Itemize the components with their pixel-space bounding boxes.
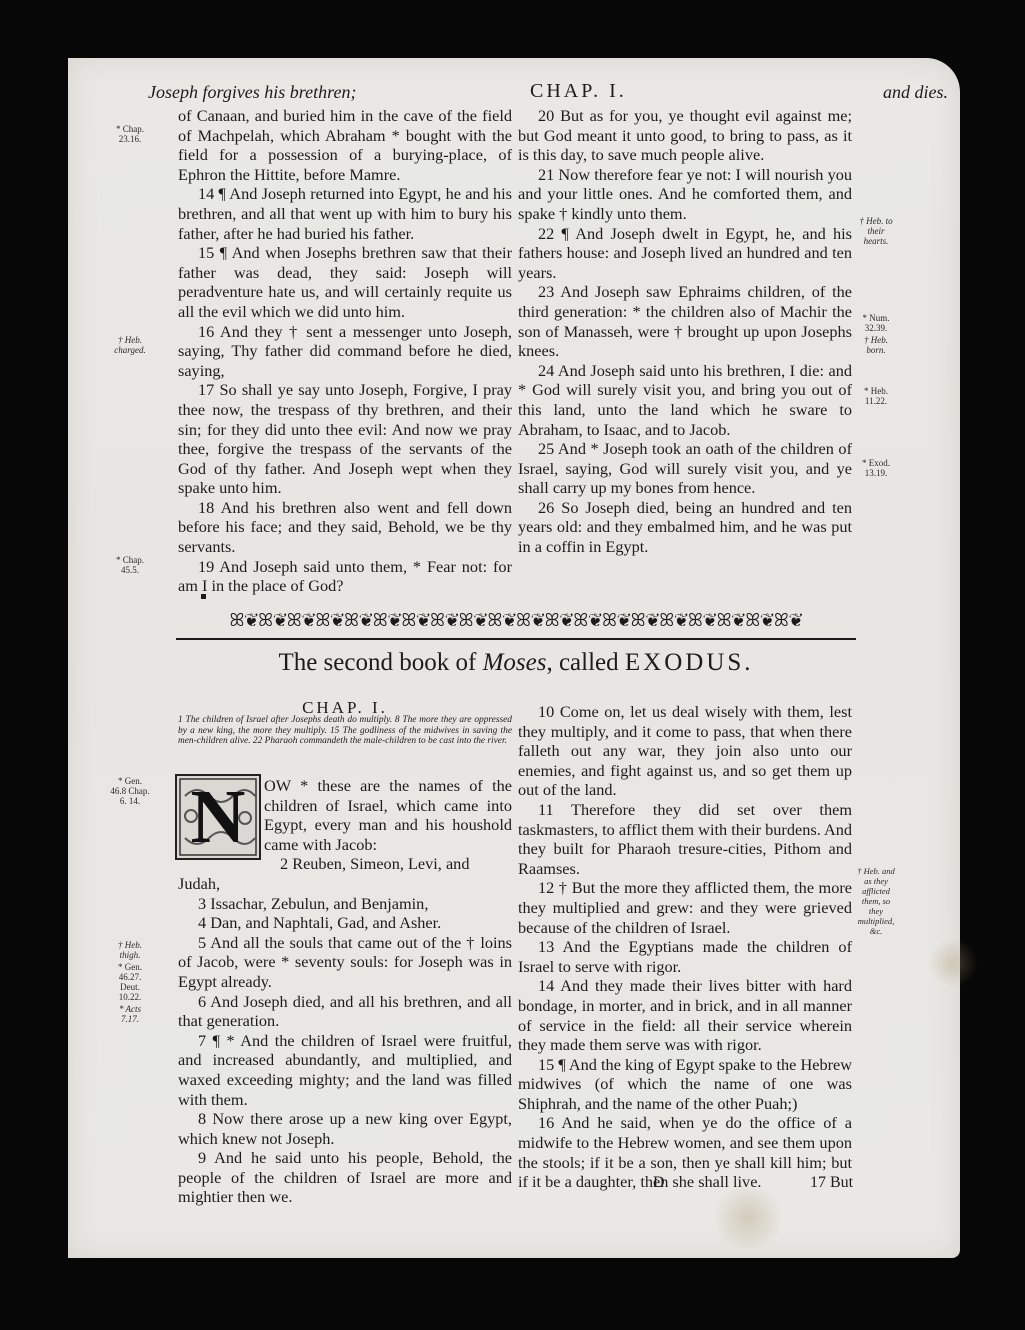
verse: 19 And Joseph said unto them, * Fear not… (178, 557, 512, 596)
margin-note: † Heb. charged. (110, 335, 150, 355)
verse: 7 ¶ * And the children of Israel were fr… (178, 1031, 512, 1109)
verse: 11 Therefore they did set over them task… (518, 800, 852, 878)
verse: 15 ¶ And when Josephs brethren saw that … (178, 243, 512, 321)
margin-note: * Exod. 13.19. (856, 458, 896, 478)
margin-note: † Heb. thigh. (110, 940, 150, 960)
running-head: Joseph forgives his brethren; CHAP. I. a… (148, 80, 948, 106)
margin-note: * Acts 7.17. (110, 1004, 150, 1024)
book-title-caps: EXODUS. (625, 649, 754, 676)
margin-note: * Chap. 45.5. (110, 555, 150, 575)
verse: 14 And they made their lives bitter with… (518, 976, 852, 1054)
chapter-summary: 1 The children of Israel after Josephs d… (178, 715, 512, 747)
verse: 13 And the Egyptians made the children o… (518, 937, 852, 976)
verse: 23 And Joseph saw Ephraims children, of … (518, 282, 852, 360)
running-head-left: Joseph forgives his brethren; (148, 82, 356, 103)
verse: 16 And he said, when ye do the office of… (518, 1113, 852, 1191)
verse: 22 ¶ And Joseph dwelt in Egypt, he, and … (518, 224, 852, 283)
paper-stain (928, 938, 978, 988)
verse: 18 And his brethren also went and fell d… (178, 498, 512, 557)
verse: 2 Reuben, Simeon, Levi, and (178, 854, 512, 874)
verse: 10 Come on, let us deal wisely with them… (518, 702, 852, 800)
verse: 8 Now there arose up a new king over Egy… (178, 1109, 512, 1148)
margin-note: * Chap. 23.16. (110, 124, 150, 144)
verse: 16 And they † sent a messenger unto Jose… (178, 322, 512, 381)
verse: 5 And all the souls that came out of the… (178, 933, 512, 992)
verse: 4 Dan, and Naphtali, Gad, and Asher. (178, 913, 512, 933)
margin-note: † Heb. to their hearts. (856, 216, 896, 246)
margin-note: * Num. 32.39. (856, 313, 896, 333)
book-title: The second book of Moses, called EXODUS. (176, 648, 856, 678)
margin-note: † Heb. and as they afflicted them, so th… (856, 866, 896, 936)
verse: 15 ¶ And the king of Egypt spake to the … (518, 1055, 852, 1114)
verse: Judah, (178, 874, 512, 894)
verse-opening: OW * these are the names of the children… (178, 776, 512, 854)
margin-note: † Heb. born. (856, 335, 896, 355)
verse: 6 And Joseph died, and all his brethren,… (178, 992, 512, 1031)
verse: 3 Issachar, Zebulun, and Benjamin, (178, 894, 512, 914)
verse: 14 ¶ And Joseph returned into Egypt, he … (178, 184, 512, 243)
catchword: 17 But (810, 1174, 853, 1192)
book-title-prefix: The second book of (278, 649, 482, 676)
book-page: Joseph forgives his brethren; CHAP. I. a… (68, 58, 960, 1258)
verse: of Canaan, and buried him in the cave of… (178, 106, 512, 184)
book-title-italic: Moses (483, 649, 547, 676)
margin-note: * Gen. 46.8 Chap. 6. 14. (110, 776, 150, 806)
genesis-right-column: 20 But as for you, ye thought evil again… (518, 106, 852, 557)
verse: 17 So shall ye say unto Joseph, Forgive,… (178, 380, 512, 498)
horizontal-rule (176, 638, 856, 640)
exodus-left-column: OW * these are the names of the children… (178, 776, 512, 1207)
signature-mark: D (653, 1174, 665, 1192)
verse: 26 So Joseph died, being an hundred and … (518, 498, 852, 557)
exodus-right-column: 10 Come on, let us deal wisely with them… (518, 702, 852, 1192)
ornament-dot (201, 594, 206, 599)
decorative-ornament-band: ꕤ❦ꕤ❦ꕤ❦ꕤ❦ꕤ❦ꕤ❦ꕤ❦ꕤ❦ꕤ❦ꕤ❦ꕤ❦ꕤ❦ꕤ❦ꕤ❦ꕤ❦ꕤ❦ꕤ❦ꕤ❦ꕤ❦ꕤ❦ (176, 610, 856, 632)
book-title-suffix: , called (546, 649, 624, 676)
verse: 25 And * Joseph took an oath of the chil… (518, 439, 852, 498)
margin-note: * Heb. 11.22. (856, 386, 896, 406)
verse: 21 Now therefore fear ye not: I will nou… (518, 165, 852, 224)
verse: 24 And Joseph said unto his brethren, I … (518, 361, 852, 439)
verse: 12 † But the more they afflicted them, t… (518, 878, 852, 937)
verse: 20 But as for you, ye thought evil again… (518, 106, 852, 165)
margin-note: * Gen. 46.27. Deut. 10.22. (110, 962, 150, 1002)
genesis-left-column: of Canaan, and buried him in the cave of… (178, 106, 512, 596)
paper-stain (708, 1188, 788, 1248)
running-head-chapter: CHAP. I. (530, 80, 627, 103)
verse: 9 And he said unto his people, Behold, t… (178, 1148, 512, 1207)
running-head-right: and dies. (883, 82, 948, 103)
